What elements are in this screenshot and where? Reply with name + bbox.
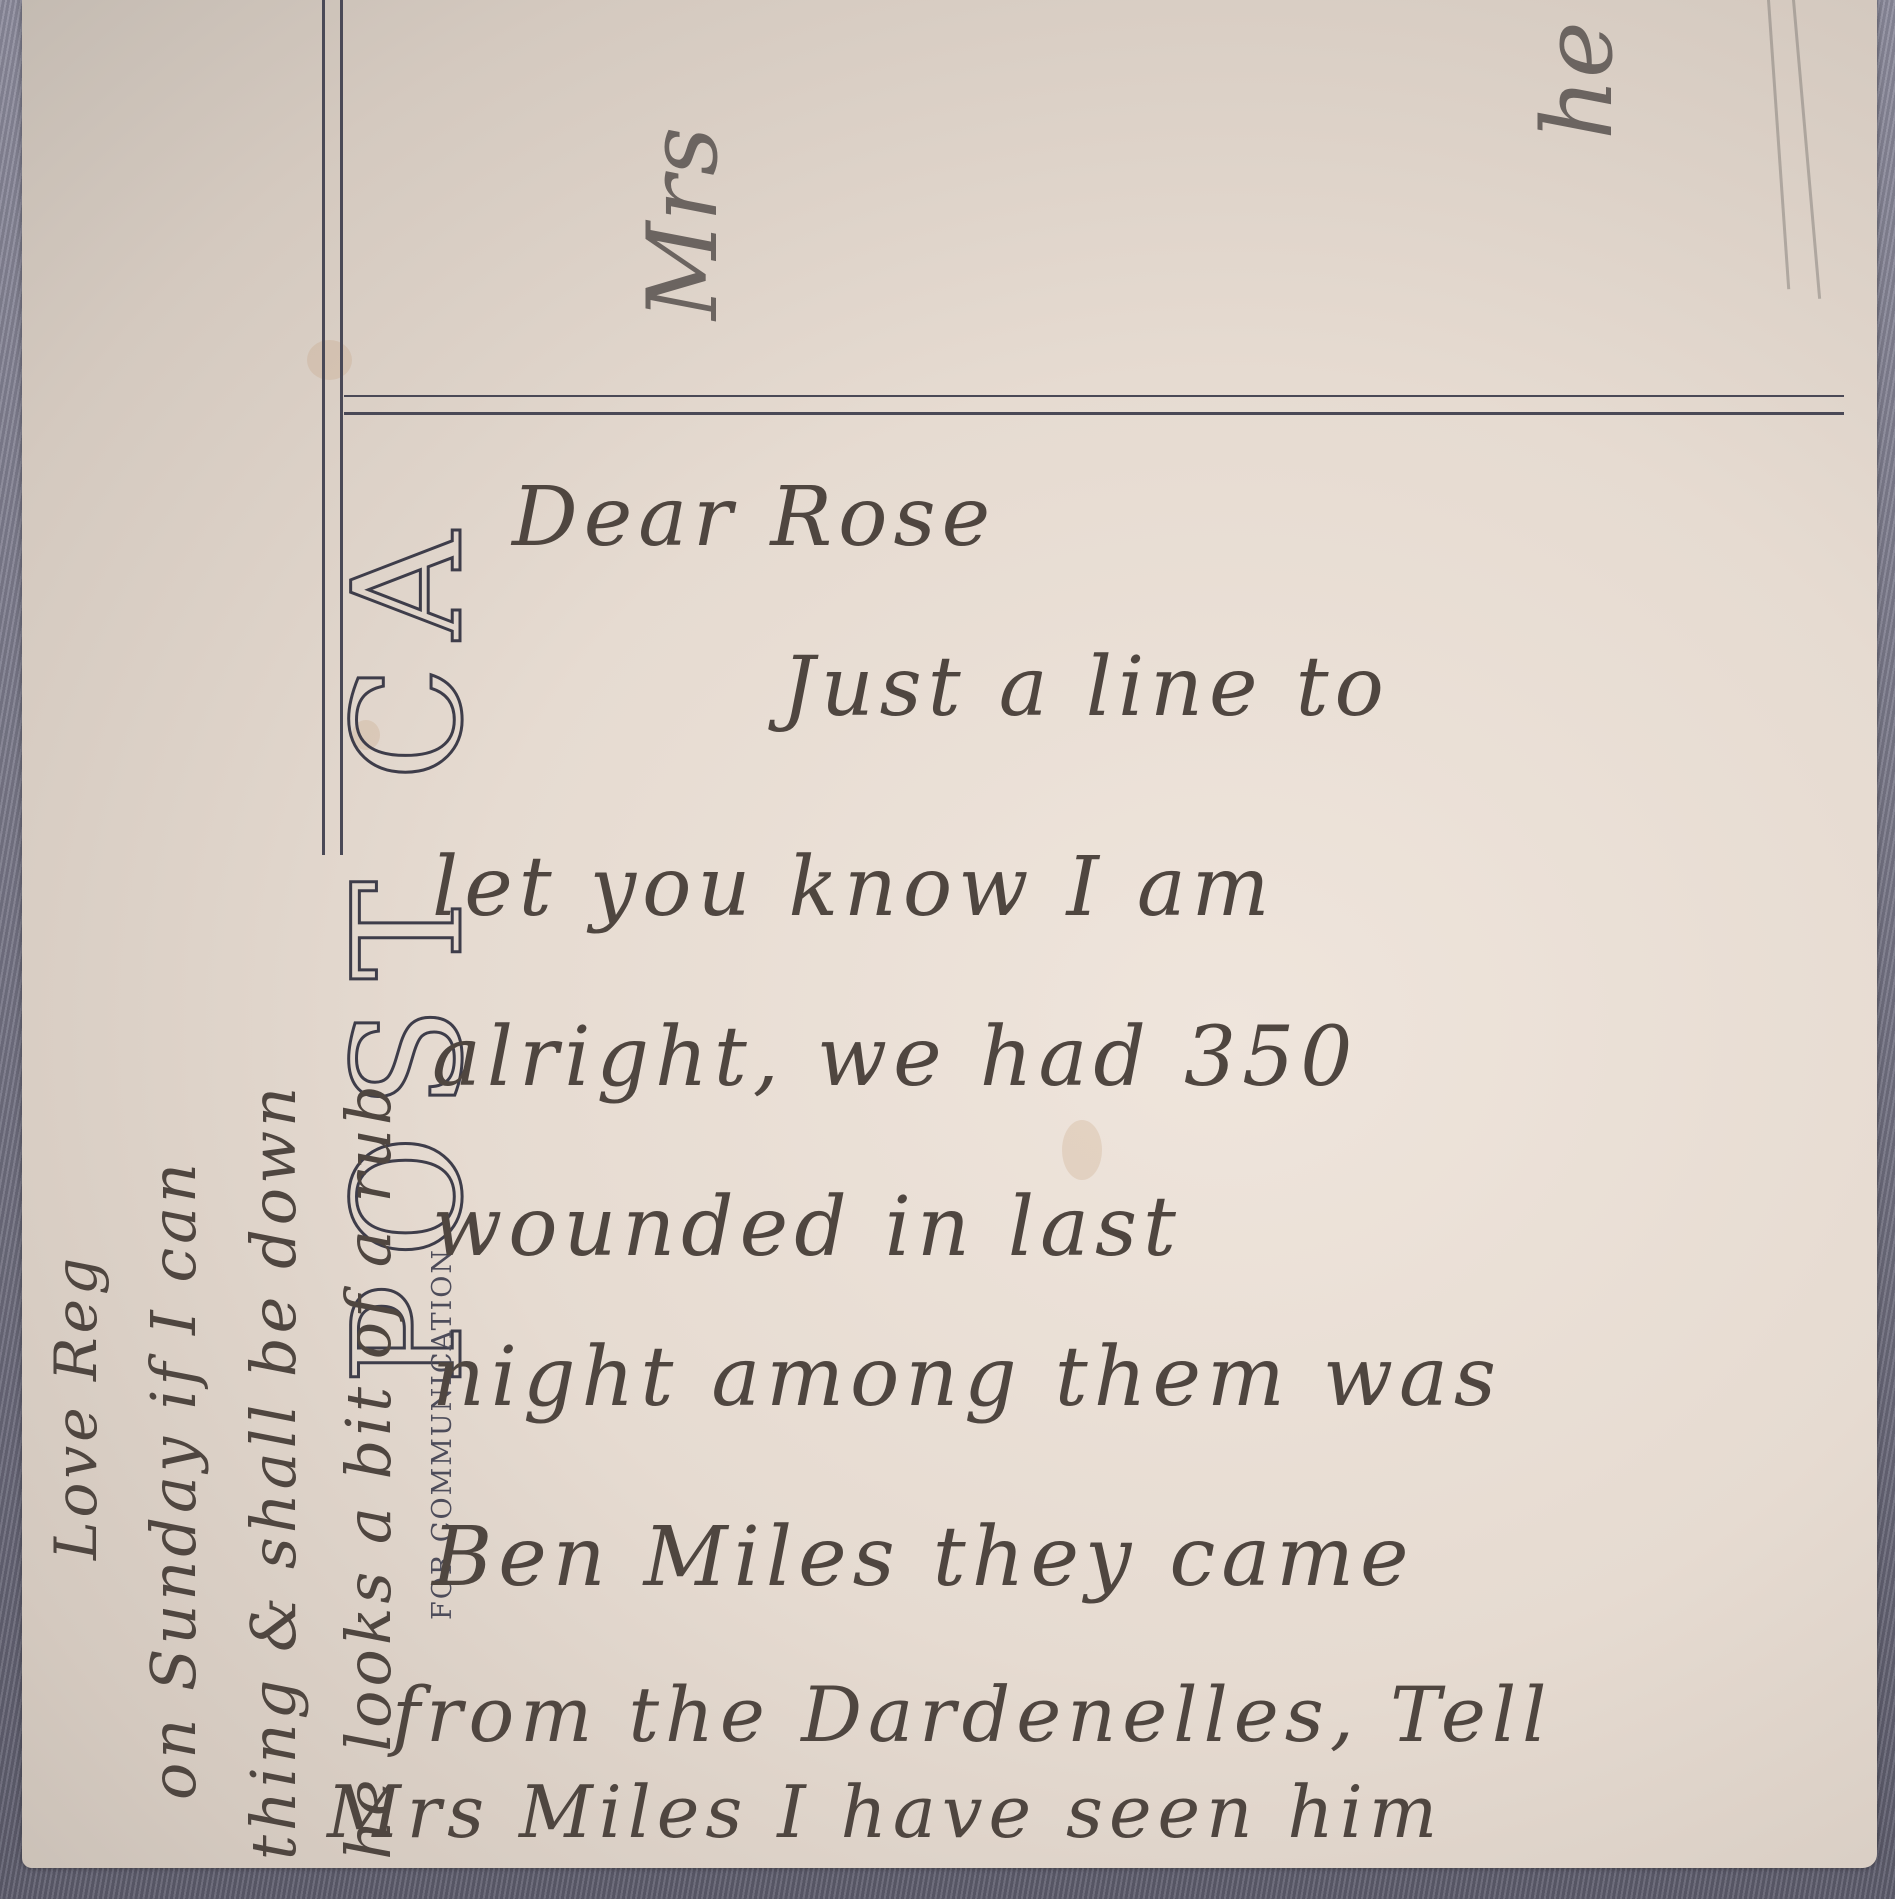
margin-note-line: thing & shall be down — [237, 1083, 310, 1860]
pencil-mark — [1767, 0, 1790, 289]
message-line: Ben Miles they came — [432, 1510, 1415, 1605]
message-line: alright, we had 350 — [432, 1010, 1358, 1105]
stain — [1062, 1120, 1102, 1180]
message-line: from the Dardenelles, Tell — [392, 1670, 1552, 1759]
margin-note-line: on Sunday if I can — [137, 1159, 210, 1800]
pencil-mark — [1792, 0, 1821, 299]
message-line: let you know I am — [432, 840, 1276, 935]
margin-note-line: Love Reg — [42, 1254, 110, 1560]
postcard: POST CA FOR COMMUNICATION Mrs he Dear Ro… — [22, 0, 1877, 1868]
address-fragment: Mrs — [627, 127, 739, 320]
divider-horizontal-bottom — [344, 412, 1844, 415]
address-fragment: he — [1522, 21, 1634, 140]
divider-vertical-outer — [322, 0, 325, 855]
margin-note-line: he looks a bit of a rub — [332, 1081, 405, 1860]
salutation: Dear Rose — [512, 470, 996, 565]
message-line: Mrs Miles I have seen him — [327, 1770, 1443, 1854]
divider-horizontal-top — [344, 395, 1844, 397]
message-line: wounded in last — [432, 1180, 1182, 1275]
divider-vertical-inner — [340, 0, 343, 855]
message-line: Just a line to — [782, 640, 1390, 735]
message-line: night among them was — [432, 1330, 1502, 1425]
